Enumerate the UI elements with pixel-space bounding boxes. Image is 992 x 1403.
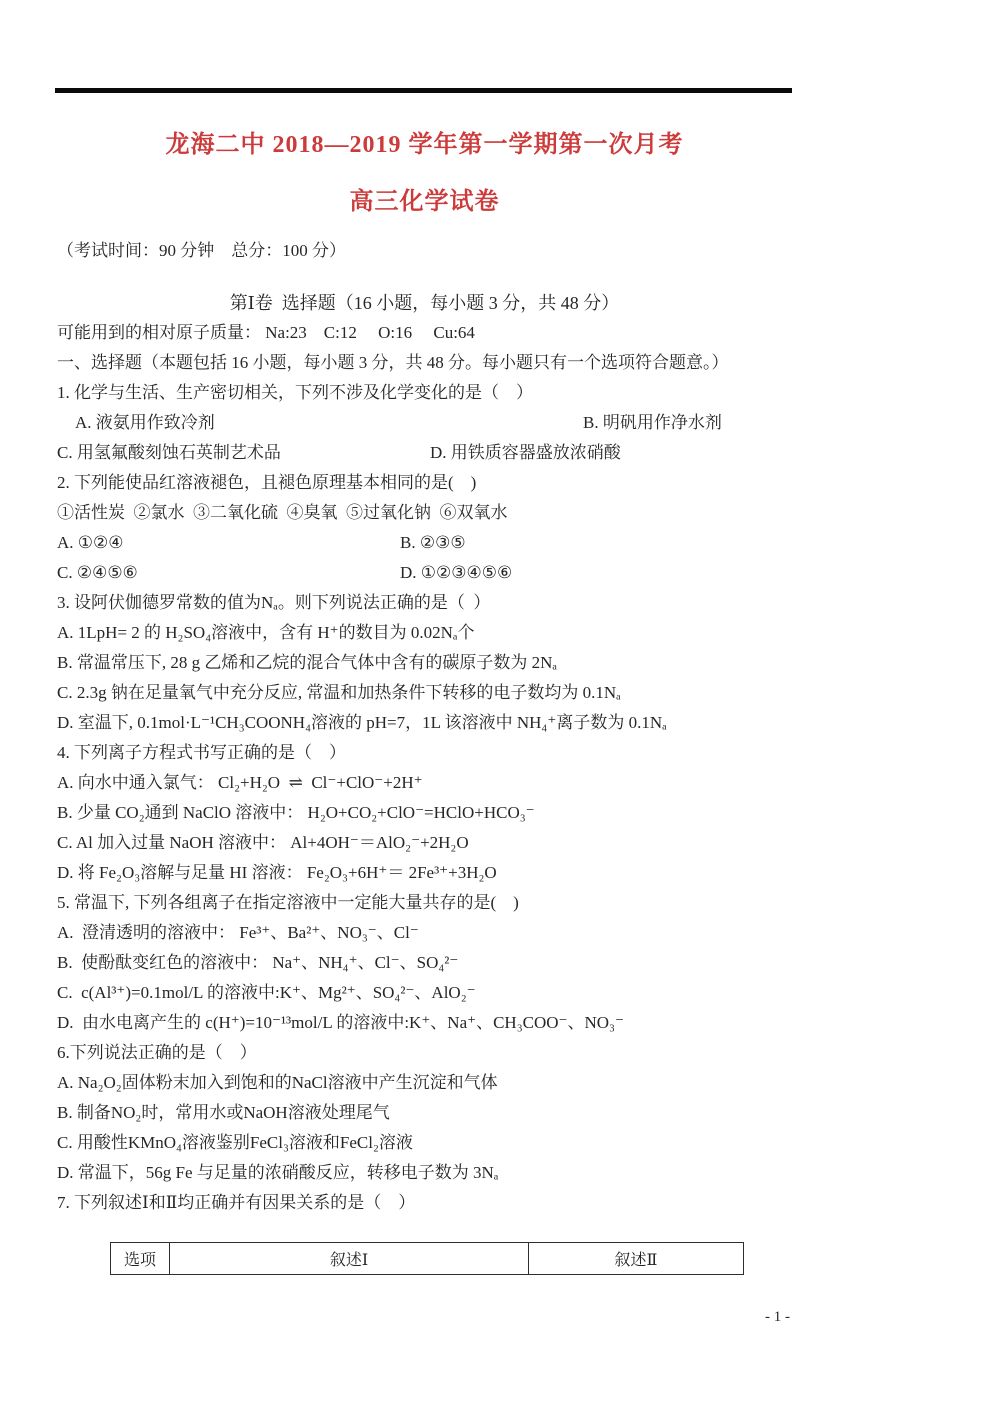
question-7-stem: 7. 下列叙述Ⅰ和Ⅱ均正确并有因果关系的是（ ）	[57, 1188, 792, 1218]
question-5-stem: 5. 常温下, 下列各组离子在指定溶液中一定能大量共存的是( )	[57, 888, 792, 918]
question-2-items: ①活性炭 ②氯水 ③二氧化硫 ④臭氧 ⑤过氧化钠 ⑥双氧水	[57, 498, 792, 528]
question-3-option-a: A. 1LpH= 2 的 H₂SO₄溶液中，含有 H⁺的数目为 0.02Nₐ个	[57, 618, 792, 648]
question-5-option-c: C. c(Al³⁺)=0.1mol/L 的溶液中:K⁺、Mg²⁺、SO₄²⁻、A…	[57, 978, 792, 1008]
question-4-option-b: B. 少量 CO₂通到 NaClO 溶液中： H₂O+CO₂+ClO⁻=HClO…	[57, 798, 792, 828]
question-6-option-a: A. Na₂O₂固体粉末加入到饱和的NaCl溶液中产生沉淀和气体	[57, 1068, 792, 1098]
question-6-option-b: B. 制备NO₂时，常用水或NaOH溶液处理尾气	[57, 1098, 792, 1128]
page-number: - 1 -	[57, 1309, 792, 1326]
question-2-option-a: A. ①②④	[57, 528, 124, 558]
exam-title: 龙海二中 2018—2019 学年第一学期第一次月考	[57, 124, 792, 159]
question-5-option-b: B. 使酚酞变红色的溶液中： Na⁺、NH₄⁺、Cl⁻、SO₄²⁻	[57, 948, 792, 978]
question-3-option-b: B. 常温常压下, 28 g 乙烯和乙烷的混合气体中含有的碳原子数为 2Nₐ	[57, 648, 792, 678]
page-content: 龙海二中 2018—2019 学年第一学期第一次月考 高三化学试卷 （考试时间：…	[57, 0, 792, 1326]
question-4-option-d: D. 将 Fe₂O₃溶解与足量 HI 溶液： Fe₂O₃+6H⁺＝ 2Fe³⁺+…	[57, 858, 792, 888]
statement-table-header-statement2: 叙述Ⅱ	[529, 1243, 744, 1275]
question-1-option-d: D. 用铁质容器盛放浓硝酸	[430, 438, 621, 468]
question-1-option-a: A. 液氨用作致冷剂	[75, 408, 215, 438]
question-1-options-row-1: A. 液氨用作致冷剂 B. 明矾用作净水剂	[57, 408, 792, 438]
question-1-options-row-2: C. 用氢氟酸刻蚀石英制艺术品 D. 用铁质容器盛放浓硝酸	[57, 438, 792, 468]
question-1-option-b: B. 明矾用作净水剂	[583, 408, 722, 438]
section1-header: 一、选择题（本题包括 16 小题，每小题 3 分，共 48 分。每小题只有一个选…	[57, 348, 792, 378]
question-2-option-d: D. ①②③④⑤⑥	[400, 558, 512, 588]
question-4-option-c: C. Al 加入过量 NaOH 溶液中： Al+4OH⁻＝AlO₂⁻+2H₂O	[57, 828, 792, 858]
question-2-options-row-2: C. ②④⑤⑥ D. ①②③④⑤⑥	[57, 558, 792, 588]
exam-subtitle: 高三化学试卷	[57, 181, 792, 216]
question-3-stem: 3. 设阿伏伽德罗常数的值为Nₐ。则下列说法正确的是（ ）	[57, 588, 792, 618]
question-2-option-c: C. ②④⑤⑥	[57, 558, 138, 588]
question-1-stem: 1. 化学与生活、生产密切相关，下列不涉及化学变化的是（ ）	[57, 378, 792, 408]
atomic-mass-note: 可能用到的相对原子质量： Na:23 C:12 O:16 Cu:64	[57, 318, 792, 348]
question-2-stem: 2. 下列能使品红溶液褪色，且褪色原理基本相同的是( )	[57, 468, 792, 498]
exam-paper-page: 龙海二中 2018—2019 学年第一学期第一次月考 高三化学试卷 （考试时间：…	[0, 0, 992, 1403]
statement-table-header-option: 选项	[111, 1243, 170, 1275]
question-4-stem: 4. 下列离子方程式书写正确的是（ ）	[57, 738, 792, 768]
question-1-option-c: C. 用氢氟酸刻蚀石英制艺术品	[57, 438, 281, 468]
statement-table-header-row: 选项 叙述Ⅰ 叙述Ⅱ	[111, 1243, 744, 1275]
question-2-option-b: B. ②③⑤	[400, 528, 466, 558]
part1-header: 第Ⅰ卷 选择题（16 小题，每小题 3 分，共 48 分）	[57, 288, 792, 318]
question-6-option-d: D. 常温下，56g Fe 与足量的浓硝酸反应，转移电子数为 3Nₐ	[57, 1158, 792, 1188]
statement-table-header-statement1: 叙述Ⅰ	[170, 1243, 529, 1275]
question-4-option-a: A. 向水中通入氯气： Cl₂+H₂O ⇌ Cl⁻+ClO⁻+2H⁺	[57, 768, 792, 798]
statement-table: 选项 叙述Ⅰ 叙述Ⅱ	[110, 1242, 744, 1275]
question-5-option-a: A. 澄清透明的溶液中： Fe³⁺、Ba²⁺、NO₃⁻、Cl⁻	[57, 918, 792, 948]
exam-info-line: （考试时间：90 分钟 总分：100 分）	[57, 236, 792, 266]
question-5-option-d: D. 由水电离产生的 c(H⁺)=10⁻¹³mol/L 的溶液中:K⁺、Na⁺、…	[57, 1008, 792, 1038]
question-3-option-c: C. 2.3g 钠在足量氧气中充分反应, 常温和加热条件下转移的电子数均为 0.…	[57, 678, 792, 708]
question-3-option-d: D. 室温下, 0.1mol·L⁻¹CH₃COONH₄溶液的 pH=7，1L 该…	[57, 708, 792, 738]
question-6-option-c: C. 用酸性KMnO₄溶液鉴别FeCl₃溶液和FeCl₂溶液	[57, 1128, 792, 1158]
question-2-options-row-1: A. ①②④ B. ②③⑤	[57, 528, 792, 558]
question-6-stem: 6.下列说法正确的是（ ）	[57, 1038, 792, 1068]
